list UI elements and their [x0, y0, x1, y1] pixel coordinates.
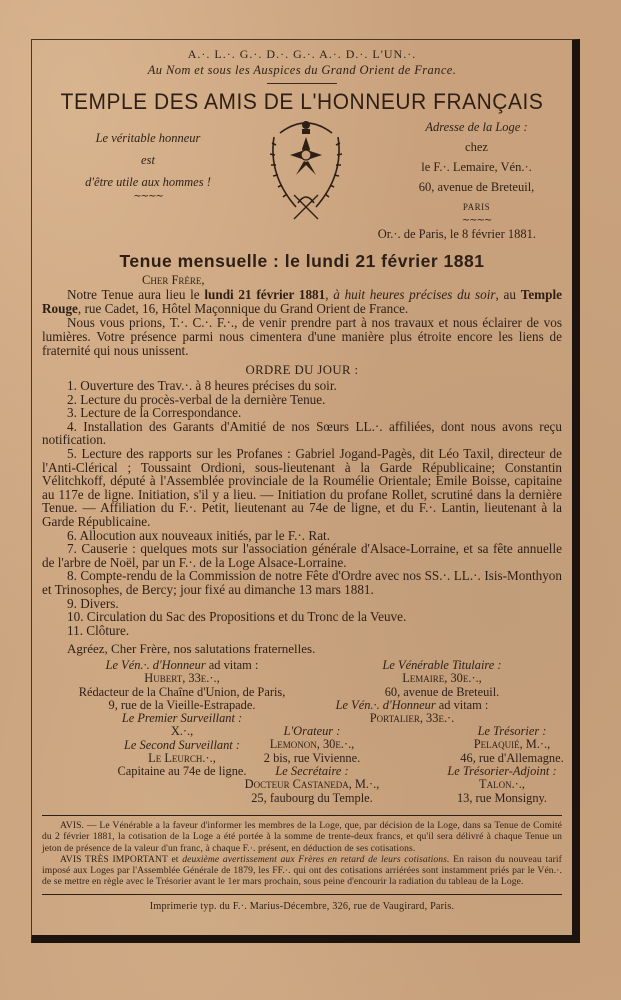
detail: 60, avenue de Breteuil. — [342, 686, 542, 699]
motto-line-2: est — [48, 149, 248, 171]
greeting: Cher Frère, — [142, 273, 562, 288]
agenda-item: 7. Causerie : quelques mots sur l'associ… — [42, 542, 562, 569]
meeting-time: à huit heures précises du soir — [333, 287, 495, 302]
ornament: ∼∼∼∼ — [48, 193, 248, 201]
meeting-title: Tenue mensuelle : le lundi 21 février 18… — [42, 251, 562, 272]
text: , au — [496, 287, 521, 302]
name: Hubert, 33e.·., — [62, 672, 302, 685]
agenda-item: 2. Lecture du procès-verbal de la derniè… — [42, 393, 562, 407]
detail: 25, faubourg du Temple. — [232, 792, 392, 805]
address-name: le F.·. Lemaire, Vén.·. — [384, 157, 569, 177]
signatures: Le Vén.·. d'Honneur ad vitam : Hubert, 3… — [42, 657, 562, 779]
agenda-item: 4. Installation des Garants d'Amitié de … — [42, 420, 562, 447]
text: deuxième avertissement aux Frères en ret… — [182, 854, 449, 865]
agenda-item: 5. Lecture des rapports sur les Profanes… — [42, 447, 562, 529]
divider — [42, 894, 562, 895]
notice-avis: AVIS. — Le Vénérable a la faveur d'infor… — [42, 820, 562, 854]
role-suffix: ad vitam : — [206, 658, 259, 672]
divider — [42, 815, 562, 816]
agenda-item: 6. Allocution aux nouveaux initiés, par … — [42, 529, 562, 543]
signature-tresorier-adjoint: Le Trésorier-Adjoint : Talon.·., 13, rue… — [422, 765, 582, 805]
name: Pelaquié, M.·., — [442, 738, 582, 751]
agenda-item: 1. Ouverture des Trav.·. à 8 heures préc… — [42, 379, 562, 393]
motto-line-3: d'être utile aux hommes ! — [48, 171, 248, 193]
motto-block: Le véritable honneur est d'être utile au… — [48, 127, 248, 201]
role: Le Vén.·. d'Honneur — [336, 698, 436, 712]
letter-paragraph-1: Notre Tenue aura lieu le lundi 21 févrie… — [42, 288, 562, 316]
name: Talon.·., — [422, 778, 582, 791]
document-content: A.·. L.·. G.·. D.·. G.·. A.·. D.·. L'UN.… — [32, 40, 572, 935]
divider — [267, 83, 337, 84]
lodge-title: TEMPLE DES AMIS DE L'HONNEUR FRANÇAIS — [60, 89, 544, 115]
meeting-date: lundi 21 février 1881 — [204, 287, 325, 302]
lodge-address: Adresse de la Loge : chez le F.·. Lemair… — [384, 117, 569, 225]
header-row: Le véritable honneur est d'être utile au… — [42, 115, 562, 245]
masonic-emblem-icon — [266, 115, 346, 225]
detail: 2 bis, rue Vivienne. — [242, 752, 382, 765]
text: , rue Cadet, 16, Hôtel Maçonnique du Gra… — [78, 301, 408, 316]
text: AVIS TRÈS IMPORTANT et — [60, 854, 182, 865]
agenda-item: 9. Divers. — [42, 597, 562, 611]
name: Lemonon, 30e.·., — [242, 738, 382, 751]
signature-venerable-titulaire: Le Vénérable Titulaire : Lemaire, 30e.·.… — [342, 659, 542, 699]
date-line: Or.·. de Paris, le 8 février 1881. — [378, 227, 536, 242]
ornament: ∼∼∼∼ — [384, 217, 569, 225]
detail: Rédacteur de la Chaîne d'Union, de Paris… — [62, 686, 302, 699]
text: Notre Tenue aura lieu le — [67, 287, 204, 302]
address-city: PARIS — [384, 197, 569, 217]
closing-salutation: Agréez, Cher Frère, nos salutations frat… — [42, 641, 562, 657]
address-label: Adresse de la Loge : — [384, 117, 569, 137]
motto-line-1: Le véritable honneur — [48, 127, 248, 149]
agenda-item: 3. Lecture de la Correspondance. — [42, 406, 562, 420]
detail: 13, rue Monsigny. — [422, 792, 582, 805]
address-chez: chez — [384, 137, 569, 157]
signature-ven-honneur-portalier: Le Vén.·. d'Honneur ad vitam : Portalier… — [302, 699, 522, 725]
printer-credit: Imprimerie typ. du F.·. Marius-Décembre,… — [42, 901, 562, 912]
agenda-list: 1. Ouverture des Trav.·. à 8 heures préc… — [42, 379, 562, 637]
document-frame: A.·. L.·. G.·. D.·. G.·. A.·. D.·. L'UN.… — [31, 39, 580, 943]
notices: AVIS. — Le Vénérable a la faveur d'infor… — [42, 820, 562, 887]
role: Le Vén.·. d'Honneur — [106, 658, 206, 672]
agenda-title: ORDRE DU JOUR : — [42, 363, 562, 378]
role-suffix: ad vitam : — [436, 698, 489, 712]
name: Docteur Castaneda, M.·., — [232, 778, 392, 791]
auspices-line: Au Nom et sous les Auspices du Grand Ori… — [42, 63, 562, 78]
agenda-item: 11. Clôture. — [42, 624, 562, 638]
agenda-item: 10. Circulation du Sac des Propositions … — [42, 610, 562, 624]
agenda-item: 8. Compte-rendu de la Commission de notr… — [42, 569, 562, 596]
signature-tresorier: Le Trésorier : Pelaquié, M.·., 46, rue d… — [442, 725, 582, 765]
masonic-motto: A.·. L.·. G.·. D.·. G.·. A.·. D.·. L'UN.… — [42, 47, 562, 62]
signature-secretaire: Le Secrétaire : Docteur Castaneda, M.·.,… — [232, 765, 392, 805]
detail: 46, rue d'Allemagne. — [442, 752, 582, 765]
letter-paragraph-2: Nous vous prions, T.·. C.·. F.·., de ven… — [42, 316, 562, 358]
signature-orateur: L'Orateur : Lemonon, 30e.·., 2 bis, rue … — [242, 725, 382, 765]
name: Lemaire, 30e.·., — [342, 672, 542, 685]
address-street: 60, avenue de Breteuil, — [384, 177, 569, 197]
notice-important: AVIS TRÈS IMPORTANT et deuxième avertiss… — [42, 854, 562, 888]
